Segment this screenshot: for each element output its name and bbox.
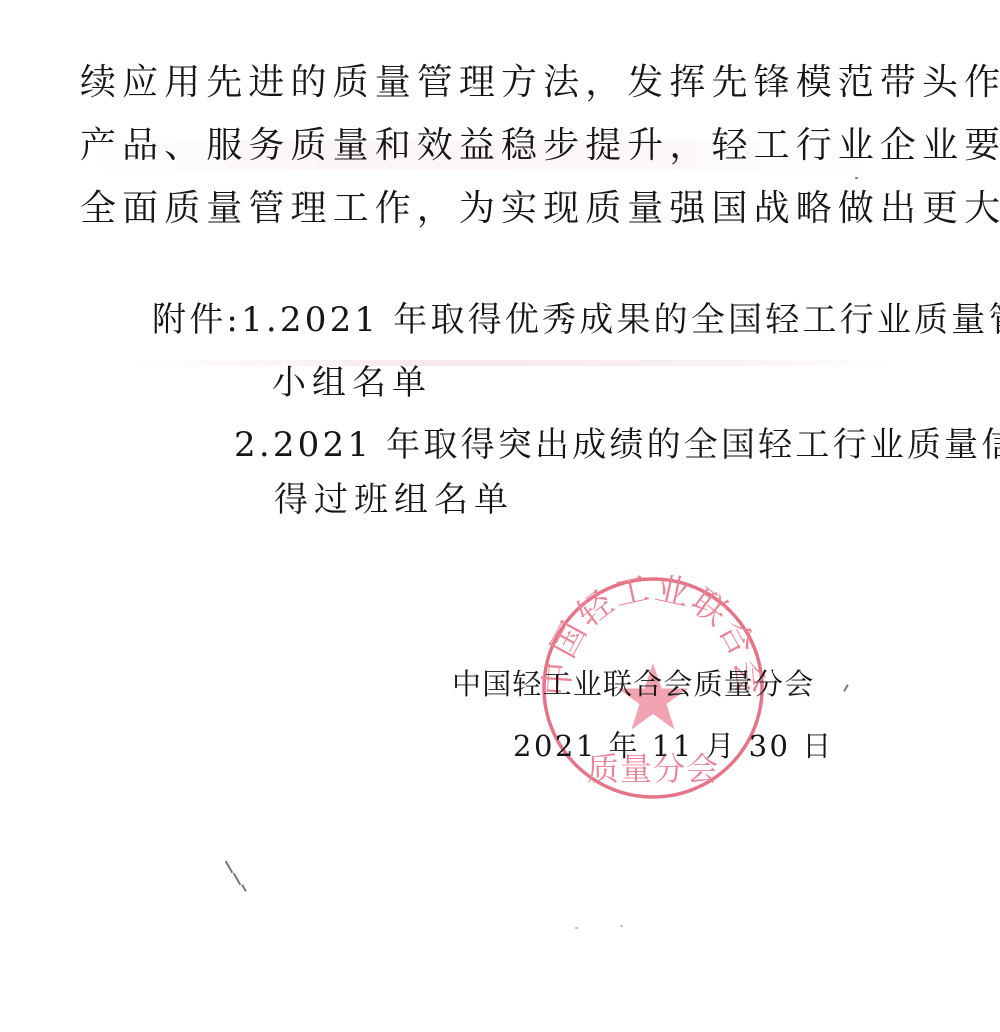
attachment-title: 2021 年取得突出成绩的全国轻工行业质量信 — [273, 425, 1000, 465]
scan-speck — [620, 925, 623, 927]
attachment-number: 2. — [234, 425, 273, 465]
attachment-title: 2021 年取得优秀成果的全国轻工行业质量管理 — [280, 300, 1000, 340]
signature-date: 2021 年 11 月 30 日 — [513, 726, 834, 766]
attachment-item-2: 2.2021 年取得突出成绩的全国轻工行业质量信 — [234, 425, 1000, 465]
attachment-item-1: 附件:1.2021 年取得优秀成果的全国轻工行业质量管理 — [152, 300, 1000, 340]
attachment-label: 附件: — [152, 300, 241, 340]
scan-artifact-line — [130, 360, 890, 366]
scan-speck — [233, 872, 242, 885]
body-paragraph-line-3: 全面质量管理工作，为实现质量强国战略做出更大贡献。 — [80, 189, 1000, 229]
scan-speck — [575, 927, 578, 929]
attachment-number: 1. — [241, 300, 280, 340]
scan-speck — [855, 177, 858, 179]
scan-speck — [225, 860, 234, 873]
scan-speck — [843, 684, 849, 692]
scan-speck — [241, 884, 247, 892]
attachment-item-1-continuation: 小组名单 — [272, 363, 432, 403]
signature-organization: 中国轻工业联合会质量分会 — [452, 664, 814, 704]
body-paragraph-line-1: 续应用先进的质量管理方法，发挥先锋模范带头作用，推动 — [80, 63, 1000, 103]
attachment-item-2-continuation: 得过班组名单 — [274, 480, 514, 520]
body-paragraph-line-2: 产品、服务质量和效益稳步提升，轻工行业企业要高度重视 — [80, 126, 1000, 166]
